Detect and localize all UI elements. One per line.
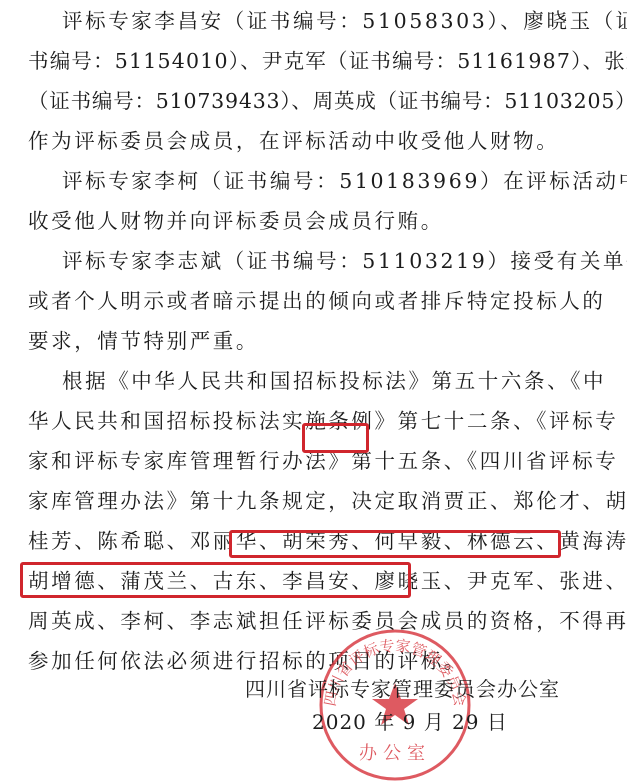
text-line: 或者个人明示或者暗示提出的倾向或者排斥特定投标人的 [28, 286, 568, 316]
text-line: 评标专家李柯（证书编号：510183969）在评标活动中 [62, 166, 602, 196]
text-line: 作为评标委员会成员，在评标活动中收受他人财物。 [28, 126, 568, 156]
text-line: 家和评标专家库管理暂行办法》第十五条、《四川省评标专 [28, 446, 568, 476]
text-line: 周英成、李柯、李志斌担任评标委员会成员的资格，不得再 [28, 606, 568, 636]
text-line: 根据《中华人民共和国招标投标法》第五十六条、《中 [62, 366, 602, 396]
text-line: 评标专家李志斌（证书编号：51103219）接受有关单位 [62, 246, 602, 276]
official-seal-icon: 四川省评标专家管理委员会 办公室 [317, 627, 473, 783]
text-line: 收受他人财物并向评标委员会成员行贿。 [28, 206, 568, 236]
text-line: 书编号：51154010）、尹克军（证书编号：51161987）、张进 [28, 46, 568, 76]
issue-date: 2020 年 9 月 29 日 [312, 708, 508, 736]
text-line: （证书编号：510739433）、周英成（证书编号：51103205）、 [28, 86, 568, 116]
highlight-box-evaluation [20, 562, 411, 598]
issuer-name: 四川省评标专家管理委员会办公室 [245, 675, 560, 703]
text-line: 家库管理办法》第十九条规定，决定取消贾正、郑伦才、胡 [28, 486, 568, 516]
text-line: 参加任何依法必须进行招标的项目的评标。 [28, 646, 568, 676]
text-line: 要求，情节特别严重。 [28, 326, 568, 356]
highlight-box-decision [302, 423, 369, 453]
text-line: 华人民共和国招标投标法实施条例》第七十二条、《评标专 [28, 406, 568, 436]
text-line: 评标专家李昌安（证书编号：51058303）、廖晓玉（证 [62, 6, 602, 36]
highlight-box-qualification [229, 530, 561, 558]
svg-text:办公室: 办公室 [359, 743, 431, 764]
